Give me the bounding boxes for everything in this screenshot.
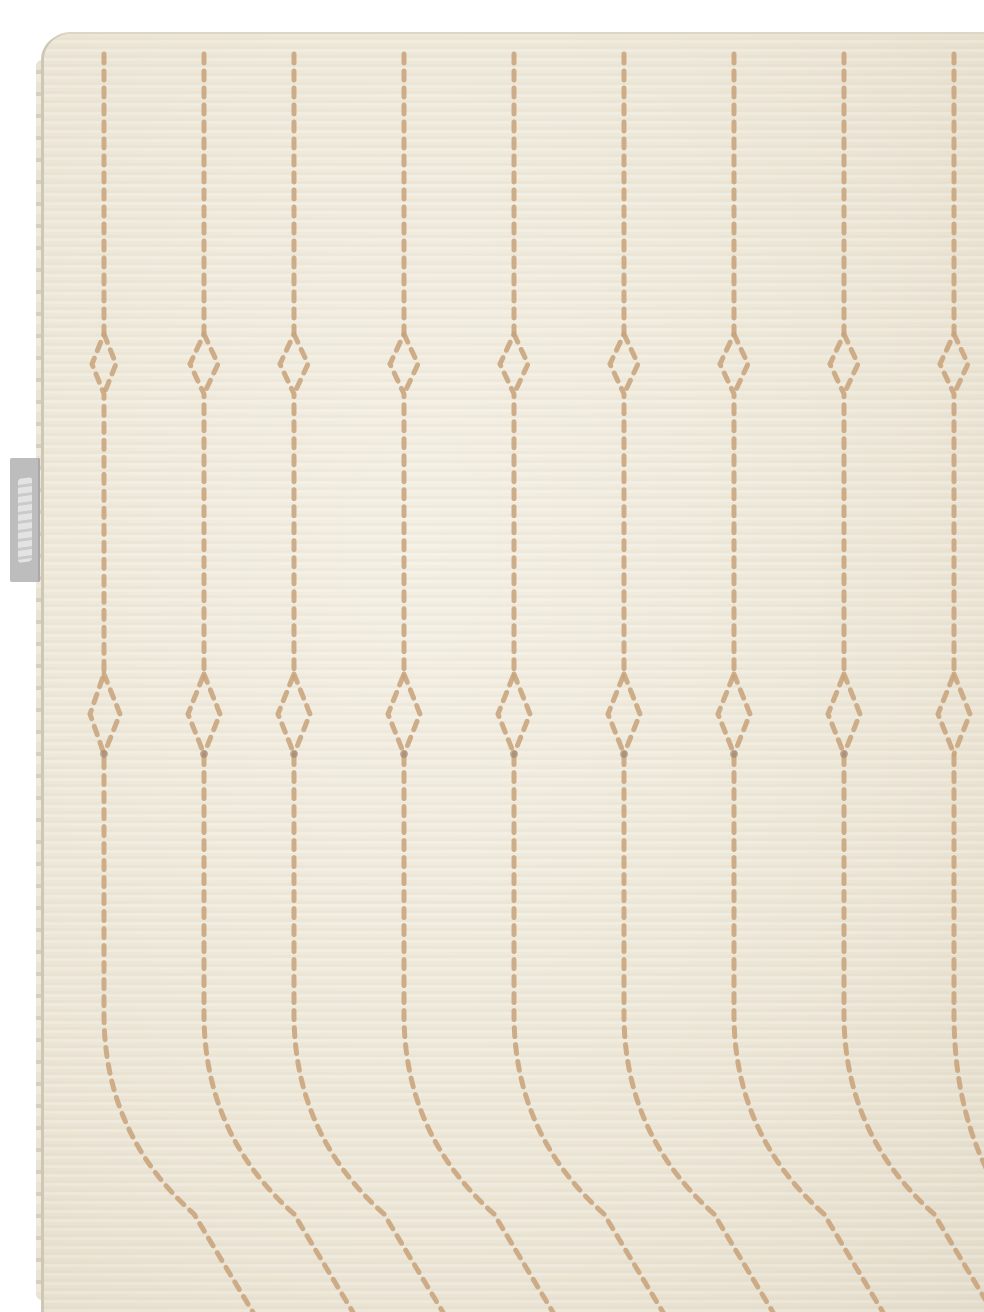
rug-product-photo — [0, 0, 984, 1312]
brand-label-tag — [10, 458, 40, 582]
rug — [44, 34, 984, 1312]
brand-logo-mark — [18, 477, 32, 563]
lattice-pattern — [44, 34, 984, 1312]
